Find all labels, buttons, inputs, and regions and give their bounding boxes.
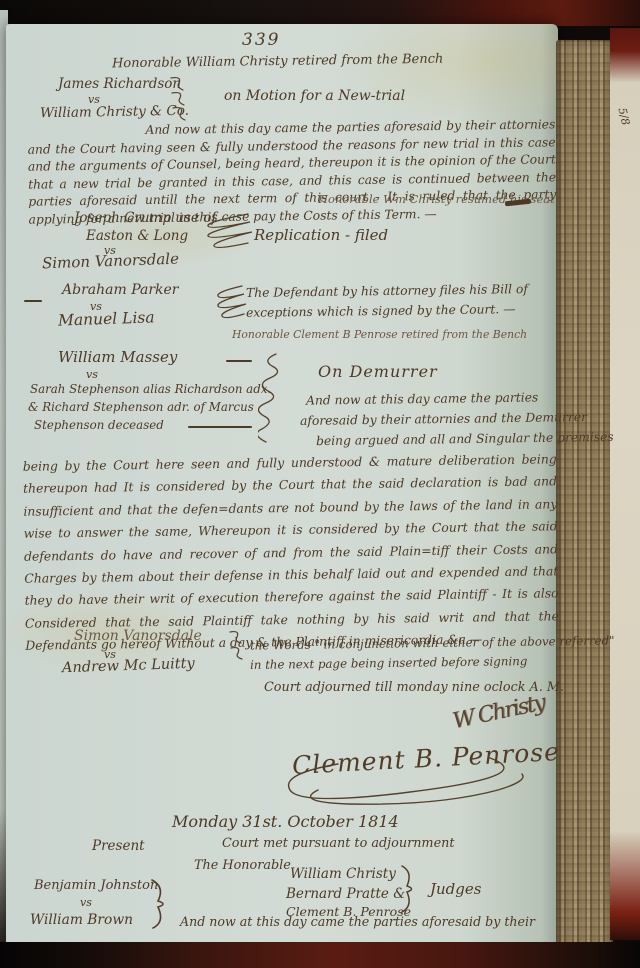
present-label: Present [92,838,145,854]
case-plaintiff: William Massey [58,348,177,366]
versus-mark: vs [86,368,98,381]
judge-name-2: Bernard Pratte & [286,886,405,902]
case-defendant: Simon Vanorsdale [42,250,179,273]
session-date: Monday 31st. October 1814 [172,812,399,831]
handwriting-layer: 339 Honorable William Christy retired fr… [0,0,640,968]
case-entry-line1: The Defendant by his attorney files his … [246,282,528,300]
judges-bracket [398,864,416,914]
penrose-retired-note: Honorable Clement B Penrose retired from… [232,328,527,341]
case-defendant: William Brown [30,912,133,928]
coil-scribble [208,284,248,332]
met-pursuant-note: Court met pursuant to adjournment [222,836,455,851]
judges-label: Judges [430,880,481,898]
case-bracket-marks [168,76,186,124]
case-entry-line3: being argued and all and Singular the pr… [316,430,614,448]
case-defendant-line3: Stephenson deceased [34,418,164,432]
coil-scribble [192,212,254,260]
case-bracket-marks [228,630,244,670]
demurrer-heading: On Demurrer [318,362,438,381]
case-entry: And now at this day came the parties afo… [180,914,535,929]
case-defendant: William Christy & Co. [40,103,189,122]
margin-dash [24,300,42,302]
case-plaintiff-2: Easton & Long [86,228,188,244]
judgment-text: being by the Court here seen and fully u… [23,448,560,657]
case-plaintiff: Benjamin Johnston [34,878,158,893]
case-defendant-line2: & Richard Stephenson adr. of Marcus [28,400,254,414]
trailing-rule [188,426,252,428]
marginal-note-line2: in the next page being inserted before s… [250,654,527,672]
case-motion-heading: on Motion for a New-trial [224,88,405,104]
page-number: 339 [242,30,280,50]
case-entry-line2: exceptions which is signed by the Court.… [246,302,516,320]
case-bracket [148,878,168,930]
versus-mark: vs [80,896,92,909]
case-entry-line1: And now at this day came the parties [306,390,538,407]
case-plaintiff: James Richardson [58,76,181,92]
dash-after-name [226,360,252,362]
judge-name-1: William Christy [290,866,396,882]
vertical-coil-scribble [258,352,284,444]
case-defendant: Manuel Lisa [58,308,155,329]
signature-flourish [278,738,558,808]
case-defendant: Andrew Mc Luitty [62,656,195,677]
adjournment-note: Court adjourned till monday nine oclock … [264,680,564,695]
case-entry-line2: aforesaid by their attornies and the Dem… [300,410,587,428]
case-plaintiff: Abraham Parker [62,282,179,298]
case-defendant-line1: Sarah Stephenson alias Richardson adx. [30,382,271,396]
retired-note: Honorable William Christy retired from t… [112,52,444,72]
signature-christy: W Christy [450,691,546,735]
case-plaintiff: Simon Vanorsdale [74,628,202,644]
honorable-label: The Honorable [194,858,291,873]
case-entry: Replication - filed [254,226,388,244]
